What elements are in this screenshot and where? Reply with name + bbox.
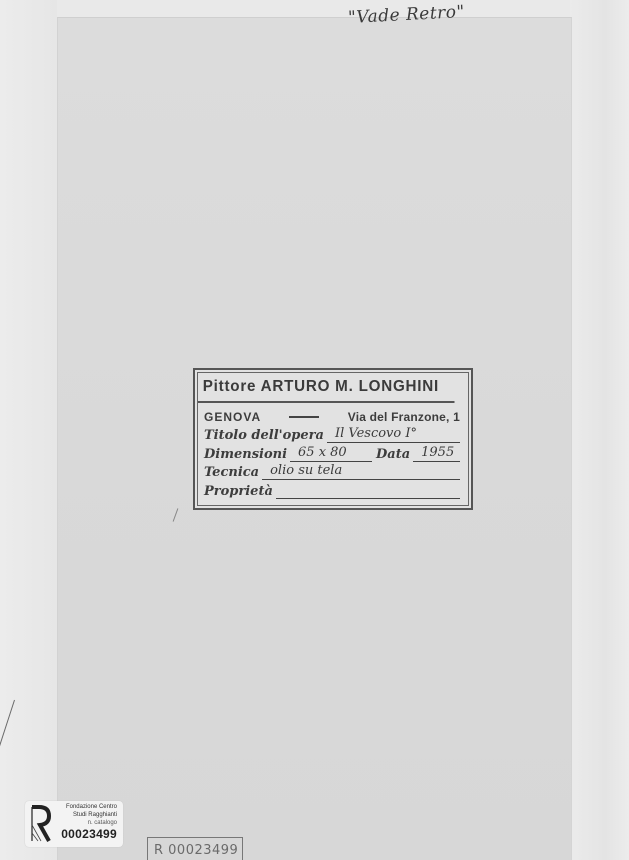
title-field-label: Titolo dell'opera	[204, 428, 324, 443]
scan-margin-left	[0, 0, 57, 860]
date-field-value: 1955	[413, 445, 460, 462]
ownership-field-value	[276, 482, 460, 499]
artist-label-header: Pittore ARTURO M. LONGHINI	[198, 373, 455, 403]
technique-row: Tecnica olio su tela	[204, 462, 460, 480]
title-row: Titolo dell'opera Il Vescovo I°	[204, 425, 460, 443]
dimensions-date-row: Dimensioni 65 x 80 Data 1955	[204, 444, 460, 462]
sticker-org-line2: Studi Ragghianti	[61, 811, 117, 819]
archive-stamp: R 00023499	[147, 837, 243, 860]
technique-field-label: Tecnica	[204, 465, 259, 480]
sticker-text: Fondazione Centro Studi Ragghianti n. ca…	[61, 803, 117, 841]
sticker-org-line1: Fondazione Centro	[61, 803, 117, 811]
artist-label-frame: Pittore ARTURO M. LONGHINI GENOVA Via de…	[197, 372, 469, 506]
technique-field-value: olio su tela	[262, 463, 460, 480]
sticker-catalog-number: 00023499	[61, 827, 117, 841]
scan-margin-right	[570, 0, 629, 860]
artist-address-row: GENOVA Via del Franzone, 1	[204, 406, 460, 424]
date-field-label: Data	[376, 447, 410, 462]
artist-city: GENOVA	[204, 410, 261, 424]
artist-address: Via del Franzone, 1	[348, 410, 460, 424]
title-field-value: Il Vescovo I°	[327, 426, 460, 443]
ownership-field-label: Proprietà	[204, 484, 273, 499]
artist-label: Pittore ARTURO M. LONGHINI GENOVA Via de…	[193, 368, 473, 510]
ownership-row: Proprietà	[204, 481, 460, 499]
dimensions-field-label: Dimensioni	[204, 447, 287, 462]
ragghianti-r-logo-icon	[29, 805, 53, 843]
catalog-sticker: Fondazione Centro Studi Ragghianti n. ca…	[25, 801, 123, 847]
sticker-catalog-label: n. catalogo	[61, 819, 117, 827]
separator-dash	[289, 416, 319, 418]
dimensions-field-value: 65 x 80	[290, 445, 372, 462]
